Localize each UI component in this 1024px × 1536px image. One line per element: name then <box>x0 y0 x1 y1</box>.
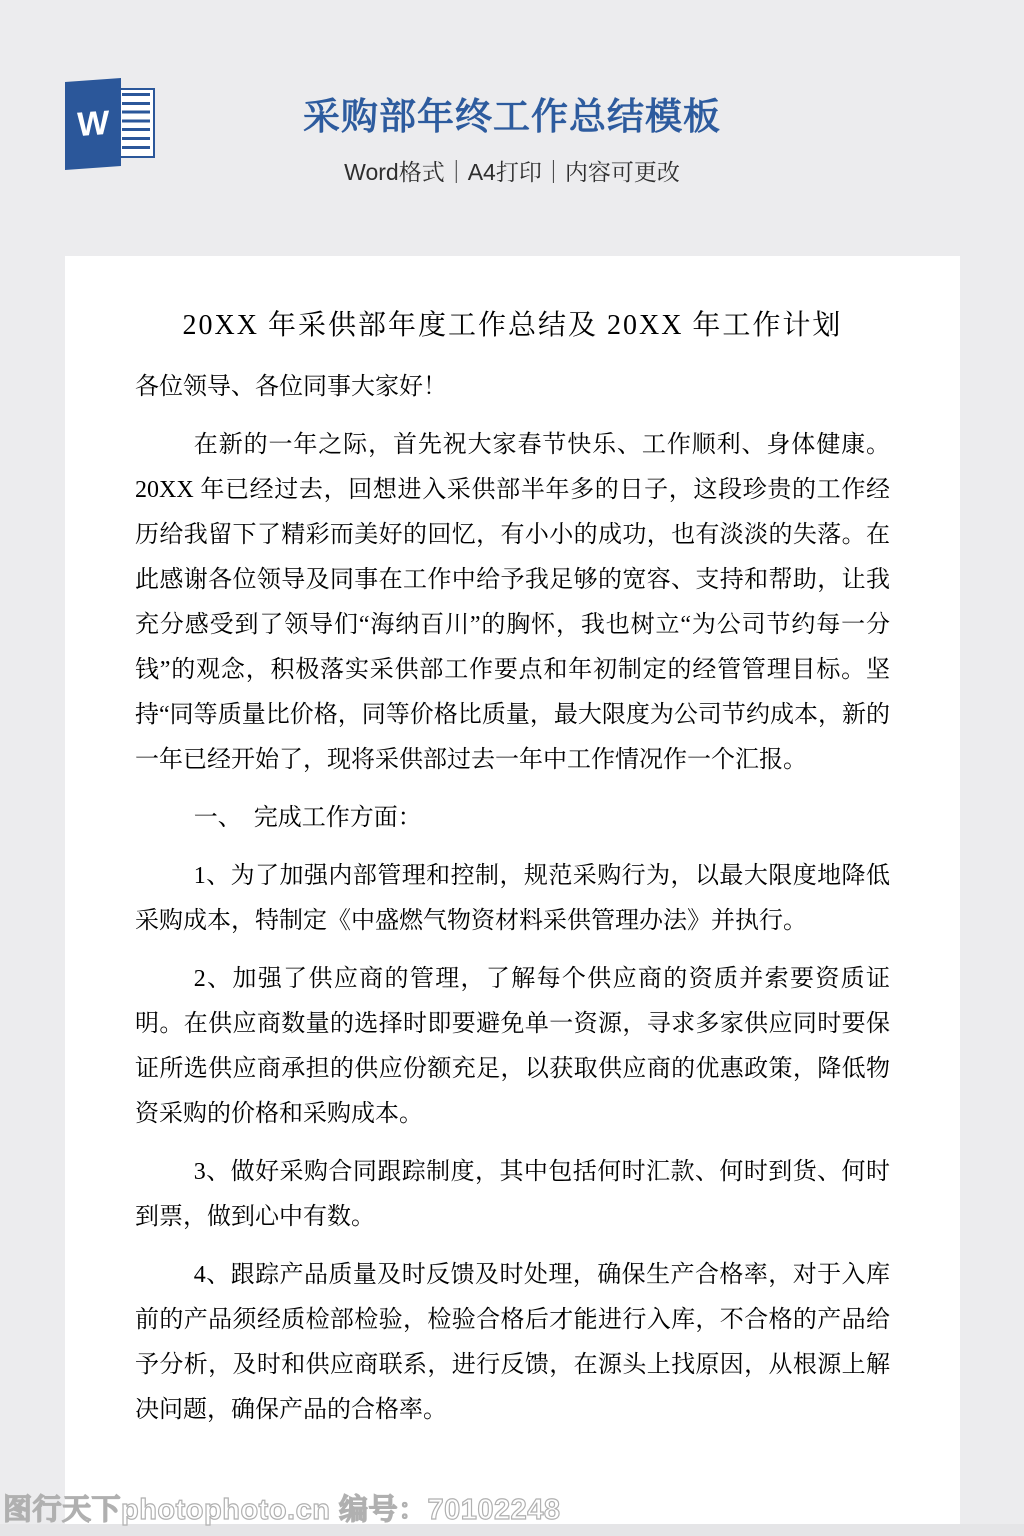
template-subtitle: Word格式｜A4打印｜内容可更改 <box>0 156 1024 188</box>
document-paragraph: 3、做好采购合同跟踪制度，其中包括何时汇款、何时到货、何时到票，做到心中有数。 <box>135 1150 890 1240</box>
document-paragraph: 在新的一年之际，首先祝大家春节快乐、工作顺利、身体健康。20XX 年已经过去，回… <box>135 423 890 783</box>
document-page: 20XX 年采供部年度工作总结及 20XX 年工作计划 各位领导、各位同事大家好… <box>65 256 960 1524</box>
document-paragraph: 4、跟踪产品质量及时反馈及时处理，确保生产合格率，对于入库前的产品须经质检部检验… <box>135 1253 890 1433</box>
document-section-heading: 一、 完成工作方面： <box>135 796 890 841</box>
document-paragraph: 1、为了加强内部管理和控制，规范采购行为，以最大限度地降低采购成本，特制定《中盛… <box>135 854 890 944</box>
document-title: 20XX 年采供部年度工作总结及 20XX 年工作计划 <box>135 300 890 352</box>
template-title: 采购部年终工作总结模板 <box>0 94 1024 140</box>
document-paragraph: 2、加强了供应商的管理，了解每个供应商的资质并索要资质证明。在供应商数量的选择时… <box>135 957 890 1137</box>
page: W 采购部年终工作总结模板 Word格式｜A4打印｜内容可更改 20XX 年采供… <box>0 0 1024 1536</box>
watermark: 图行天下photophoto.cn 编号：70102248 <box>3 1487 561 1528</box>
document-greeting: 各位领导、各位同事大家好！ <box>135 365 890 410</box>
